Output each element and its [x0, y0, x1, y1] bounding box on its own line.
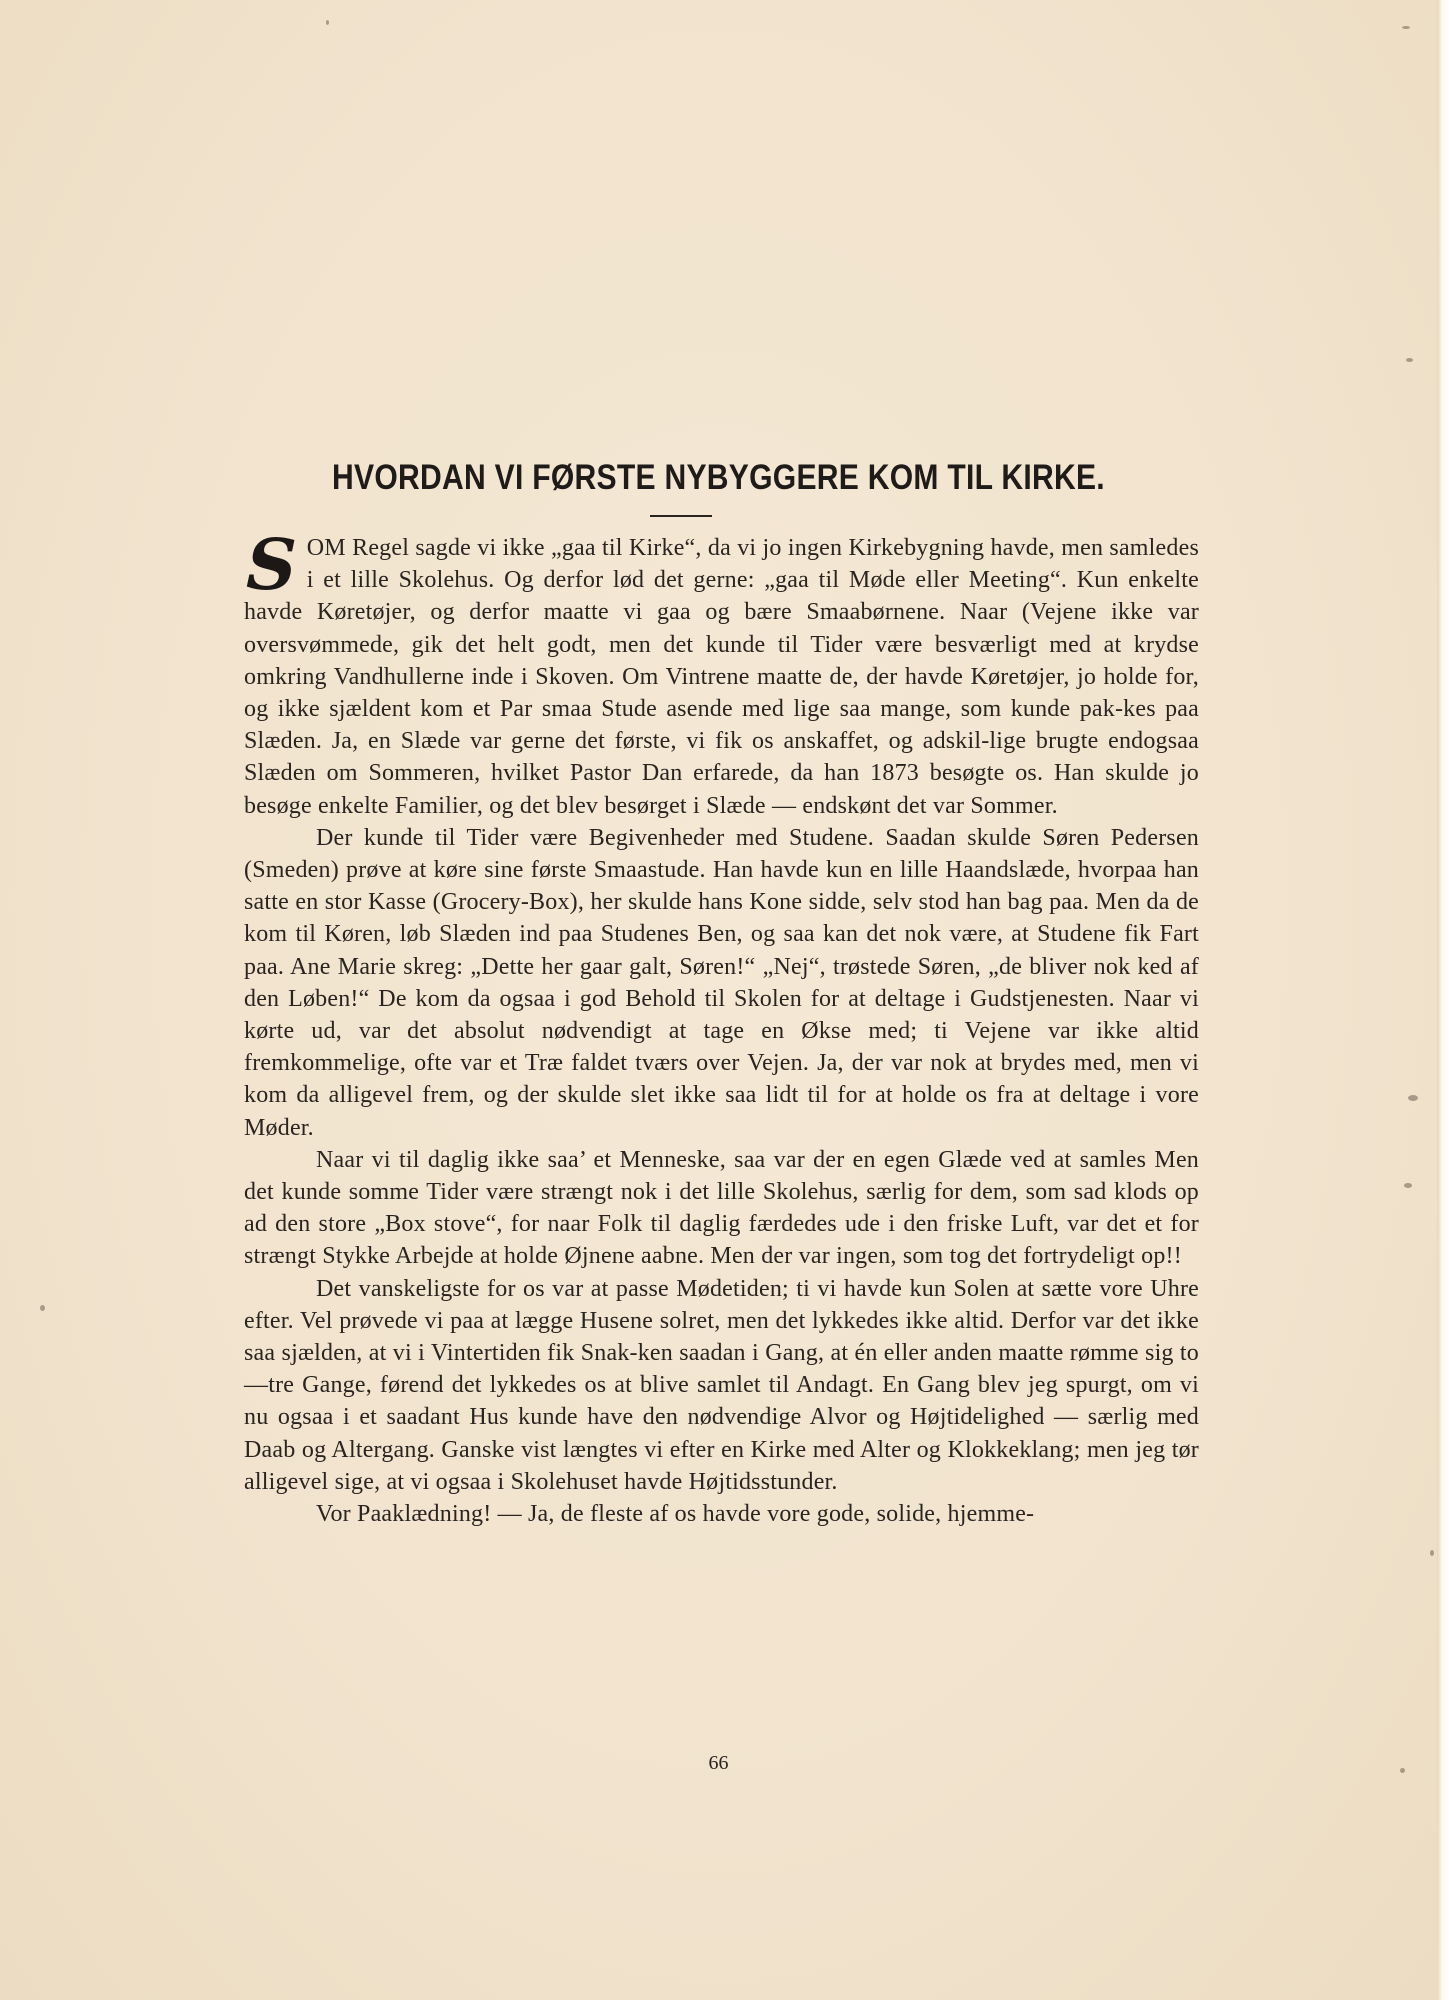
title-rule — [650, 515, 712, 517]
scan-speck — [40, 1305, 45, 1311]
paragraph-text: OM Regel sagde vi ikke „gaa til Kirke“, … — [244, 535, 1199, 819]
scan-speck — [326, 20, 329, 25]
article-body: SOM Regel sagde vi ikke „gaa til Kirke“,… — [244, 532, 1199, 1530]
article-title: HVORDAN VI FØRSTE NYBYGGERE KOM TIL KIRK… — [101, 458, 1337, 498]
scanned-page: HVORDAN VI FØRSTE NYBYGGERE KOM TIL KIRK… — [0, 0, 1437, 2000]
page-number: 66 — [0, 1752, 1437, 1775]
paragraph: Det vanskeligste for os var at passe Mød… — [244, 1273, 1199, 1498]
paragraph: Vor Paaklædning! — Ja, de fleste af os h… — [244, 1498, 1199, 1530]
drop-cap: S — [240, 536, 303, 594]
scan-speck — [1402, 26, 1410, 29]
scan-speck — [1430, 1550, 1434, 1556]
scan-speck — [1406, 358, 1413, 362]
paragraph: Naar vi til daglig ikke saa’ et Menneske… — [244, 1144, 1199, 1273]
scan-speck — [1404, 1183, 1412, 1188]
page-edge — [1437, 0, 1449, 2000]
paragraph: Der kunde til Tider være Begivenheder me… — [244, 822, 1199, 1144]
paragraph: SOM Regel sagde vi ikke „gaa til Kirke“,… — [244, 532, 1199, 822]
scan-speck — [1408, 1095, 1418, 1101]
